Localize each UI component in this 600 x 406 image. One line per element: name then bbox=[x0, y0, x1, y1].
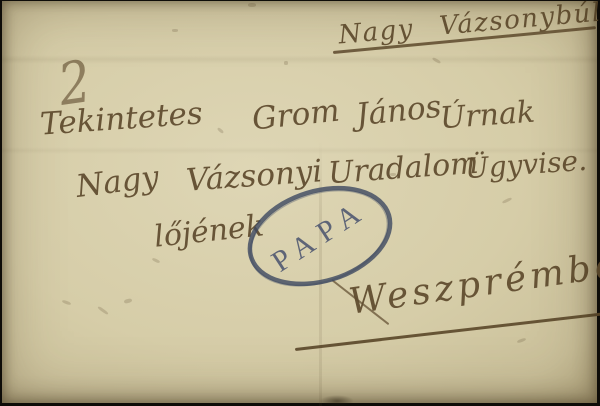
horizontal-crease-top bbox=[2, 55, 597, 64]
bottom-edge-smudge bbox=[320, 395, 354, 406]
origin-note-text: Nagy Vázsonybúl bbox=[337, 0, 600, 50]
ink-speck bbox=[62, 300, 71, 306]
ink-speck bbox=[97, 306, 109, 315]
postmark-oval-svg: PAPA bbox=[242, 181, 398, 291]
address-word-nagy: Nagy bbox=[74, 159, 161, 205]
address-word-ugyvise: Ügyvise. bbox=[464, 144, 588, 185]
ink-speck bbox=[284, 61, 288, 65]
destination-underline-stroke bbox=[295, 312, 600, 350]
ink-speck bbox=[502, 197, 512, 204]
postmark-papa: PAPA bbox=[242, 181, 398, 291]
ink-speck bbox=[152, 257, 161, 263]
address-word-grom: Grom bbox=[250, 93, 341, 138]
letter-cover-scan: Nagy Vázsonybúl 2 Tekintetes Grom János … bbox=[0, 0, 600, 406]
ink-speck bbox=[172, 29, 178, 32]
ink-speck bbox=[517, 338, 526, 344]
ink-speck bbox=[124, 298, 133, 304]
address-word-urnak: Úrnak bbox=[439, 95, 536, 137]
address-word-janos: János bbox=[354, 89, 443, 134]
paper-background: Nagy Vázsonybúl 2 Tekintetes Grom János … bbox=[2, 1, 597, 403]
ink-speck bbox=[248, 3, 256, 7]
ink-speck bbox=[217, 127, 224, 134]
